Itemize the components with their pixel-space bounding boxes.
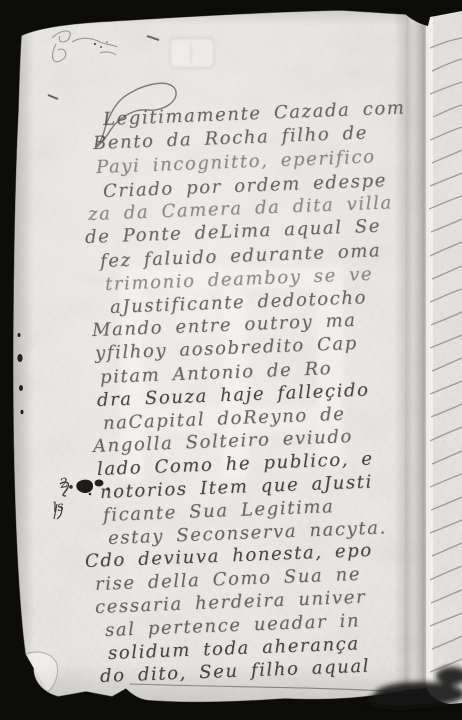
manuscript-scan: Legitimamente Cazada com Bento da Rocha … [0,0,462,720]
paper-artwork [0,0,462,720]
blind-stamp [170,38,214,68]
